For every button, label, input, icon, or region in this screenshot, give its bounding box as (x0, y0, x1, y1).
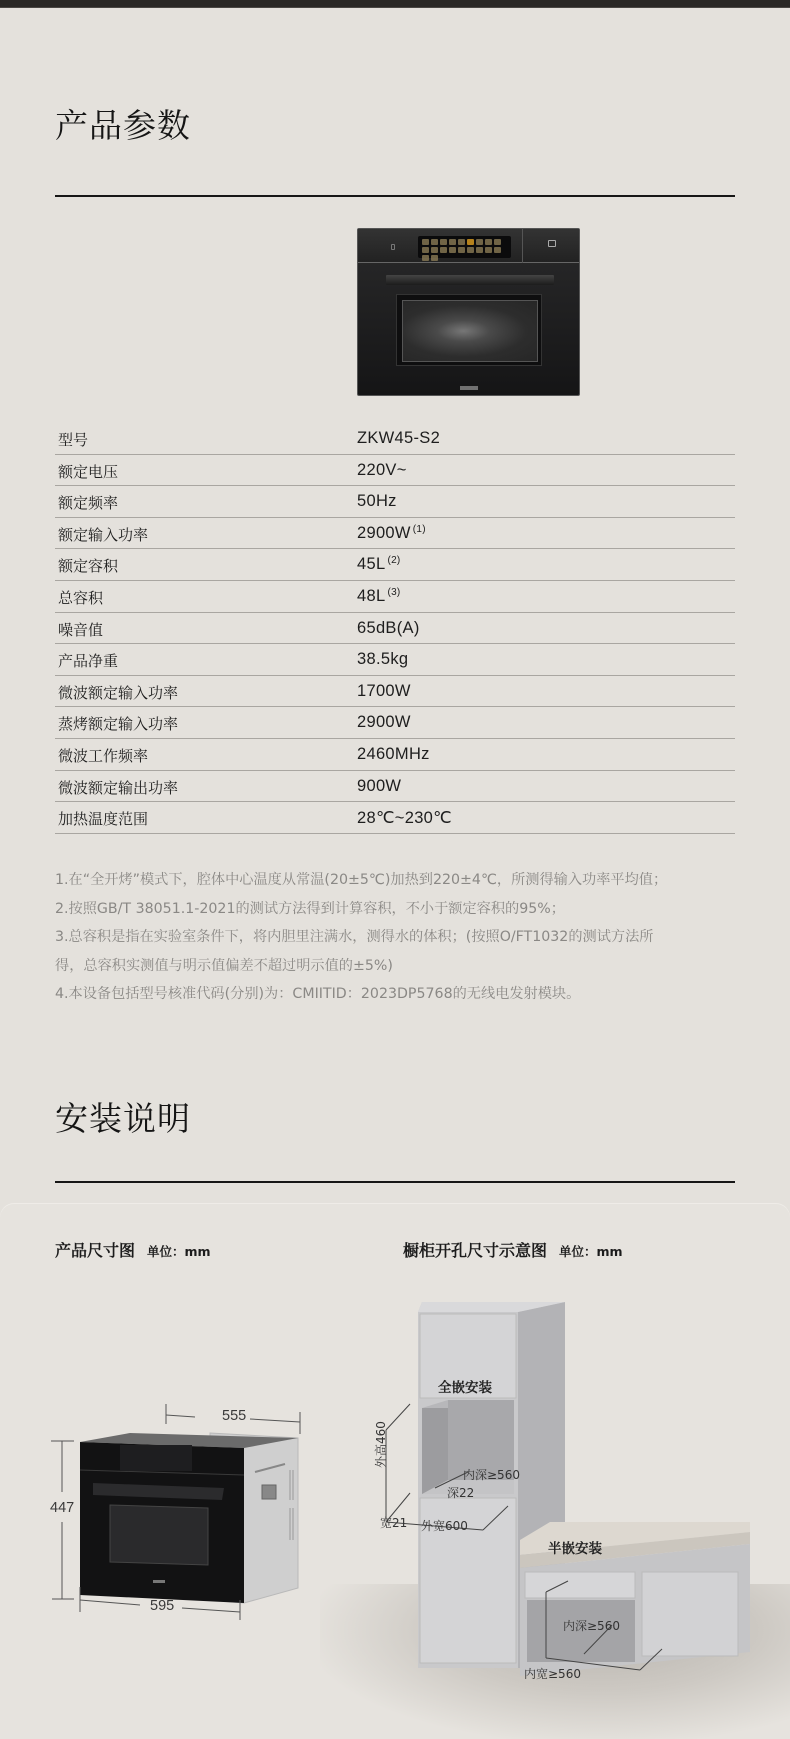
spec-value: 28℃~230℃ (357, 808, 452, 828)
spec-label: 额定容积 (58, 555, 118, 576)
full-inner-depth: 内深≥560 (463, 1466, 520, 1483)
spec-label: 总容积 (58, 587, 103, 608)
spec-label: 型号 (58, 429, 88, 450)
spec-label: 微波额定输出功率 (58, 777, 178, 798)
steam-icon (548, 240, 556, 247)
half-embed-title: 半嵌安装 (548, 1537, 602, 1557)
spec-label: 噪音值 (58, 619, 103, 640)
spec-value: 38.5kg (357, 650, 408, 669)
product-image (357, 228, 580, 396)
full-embed-title: 全嵌安装 (438, 1376, 492, 1396)
spec-value: 2460MHz (357, 745, 430, 764)
footnote-ref: (3) (387, 587, 400, 598)
dim-depth: 555 (222, 1408, 246, 1424)
spec-label: 额定电压 (58, 461, 118, 482)
spec-value: 48L(3) (357, 587, 401, 606)
footnotes: 1.在“全开烤”模式下，腔体中心温度从常温(20±5℃)加热到220±4℃，所测… (55, 866, 745, 1009)
control-panel (358, 229, 579, 263)
spec-row-weight: 产品净重 38.5kg (55, 644, 735, 676)
footnote-3: 3.总容积是指在实验室条件下，将内胆里注满水，测得水的体积；(按照O/FT103… (55, 923, 745, 952)
half-inner-width: 内宽≥560 (524, 1665, 581, 1682)
half-inner-depth: 内深≥560 (563, 1617, 620, 1634)
spec-row-voltage: 额定电压 220V~ (55, 455, 735, 487)
spec-value: 220V~ (357, 461, 407, 480)
door-handle (386, 275, 554, 285)
spec-row-frequency: 额定频率 50Hz (55, 486, 735, 518)
spec-row-temp-range: 加热温度范围 28℃~230℃ (55, 802, 735, 834)
spec-row-mw-input: 微波额定输入功率 1700W (55, 676, 735, 708)
spec-label: 加热温度范围 (58, 808, 148, 829)
full-width-edge: 宽21 (380, 1514, 407, 1531)
footnote-ref: (1) (413, 524, 426, 535)
spec-row-noise: 噪音值 65dB(A) (55, 613, 735, 645)
spec-value: 65dB(A) (357, 619, 420, 638)
product-dims-title: 产品尺寸图单位：mm (55, 1238, 211, 1261)
spec-table: 型号 ZKW45-S2 额定电压 220V~ 额定频率 50Hz 额定输入功率 … (55, 423, 735, 834)
spec-value: 900W (357, 777, 401, 796)
spec-value: 1700W (357, 682, 411, 701)
spec-row-input-power: 额定输入功率 2900W(1) (55, 518, 735, 550)
full-depth: 深22 (447, 1484, 474, 1501)
dim-width: 595 (150, 1598, 174, 1614)
cabinet-dims-title: 橱柜开孔尺寸示意图单位：mm (403, 1238, 623, 1261)
spec-label: 额定输入功率 (58, 524, 148, 545)
top-bar (0, 0, 790, 8)
oven-window (396, 294, 542, 366)
spec-row-model: 型号 ZKW45-S2 (55, 423, 735, 455)
spec-label: 微波额定输入功率 (58, 682, 178, 703)
product-dimension-drawing (0, 1390, 320, 1620)
dim-height: 447 (50, 1500, 74, 1516)
footnote-2: 2.按照GB/T 38051.1-2021的测试方法得到计算容积，不小于额定容积… (55, 895, 745, 924)
spec-label: 额定频率 (58, 492, 118, 513)
section-title-params: 产品参数 (55, 100, 191, 147)
unit-label: 单位：mm (559, 1244, 623, 1259)
spec-label: 产品净重 (58, 650, 118, 671)
spec-value: 50Hz (357, 492, 397, 511)
camera-icon (391, 244, 395, 250)
footnote-ref: (2) (387, 555, 400, 566)
spec-label: 蒸烤额定输入功率 (58, 713, 178, 734)
spec-row-rated-capacity: 额定容积 45L(2) (55, 549, 735, 581)
spec-row-steam-input: 蒸烤额定输入功率 2900W (55, 707, 735, 739)
brand-logo (460, 386, 478, 390)
footnote-4: 4.本设备包括型号核准代码(分别)为：CMIITID：2023DP5768的无线… (55, 980, 745, 1009)
spec-row-mw-frequency: 微波工作频率 2460MHz (55, 739, 735, 771)
footnote-1: 1.在“全开烤”模式下，腔体中心温度从常温(20±5℃)加热到220±4℃，所测… (55, 866, 745, 895)
full-outer-height: 外高460 (372, 1421, 389, 1468)
full-outer-width: 外宽600 (421, 1517, 468, 1534)
section-title-install: 安装说明 (55, 1093, 191, 1140)
spec-value: 45L(2) (357, 555, 401, 574)
spec-value: 2900W(1) (357, 524, 426, 543)
spec-row-total-capacity: 总容积 48L(3) (55, 581, 735, 613)
spec-value: ZKW45-S2 (357, 429, 440, 448)
section-divider-params (55, 195, 735, 197)
spec-label: 微波工作频率 (58, 745, 148, 766)
cabinet-drawing (360, 1300, 760, 1680)
section-divider-install (55, 1181, 735, 1183)
spec-value: 2900W (357, 713, 411, 732)
spec-row-mw-output: 微波额定输出功率 900W (55, 771, 735, 803)
footnote-3-cont: 得，总容积实测值与明示值偏差不超过明示值的±5%) (55, 952, 745, 981)
unit-label: 单位：mm (147, 1244, 211, 1259)
touch-display (418, 236, 511, 258)
